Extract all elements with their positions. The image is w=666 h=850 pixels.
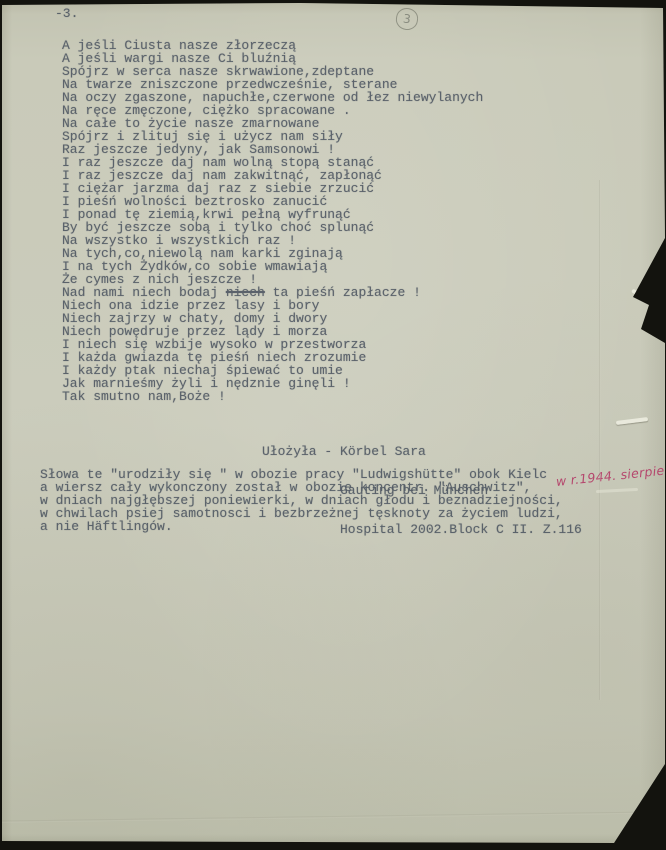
- note: Słowa te "urodziły się " w obozie pracy …: [40, 468, 563, 533]
- paper-crease-bottom: [0, 811, 666, 822]
- circled-number-text: 3: [402, 12, 412, 27]
- document-page: -3. 3 A jeśli Ciusta nasze złorzecząA je…: [0, 0, 666, 850]
- paper-crease-vertical: [599, 180, 601, 700]
- page-number-circled: 3: [395, 7, 420, 32]
- page-number-typed: -3.: [55, 7, 78, 20]
- paper-tear-mark: [616, 417, 648, 425]
- poem: A jeśli Ciusta nasze złorzecząA jeśli wa…: [62, 39, 483, 403]
- signature-author-line: Ułożyła - Körbel Sara: [262, 445, 582, 458]
- paper-tear-mark: [596, 488, 638, 493]
- poem-line: Tak smutno nam,Boże !: [62, 390, 483, 403]
- note-line: a nie Häftlingów.: [40, 520, 563, 533]
- torn-edge-highlight: [631, 289, 653, 302]
